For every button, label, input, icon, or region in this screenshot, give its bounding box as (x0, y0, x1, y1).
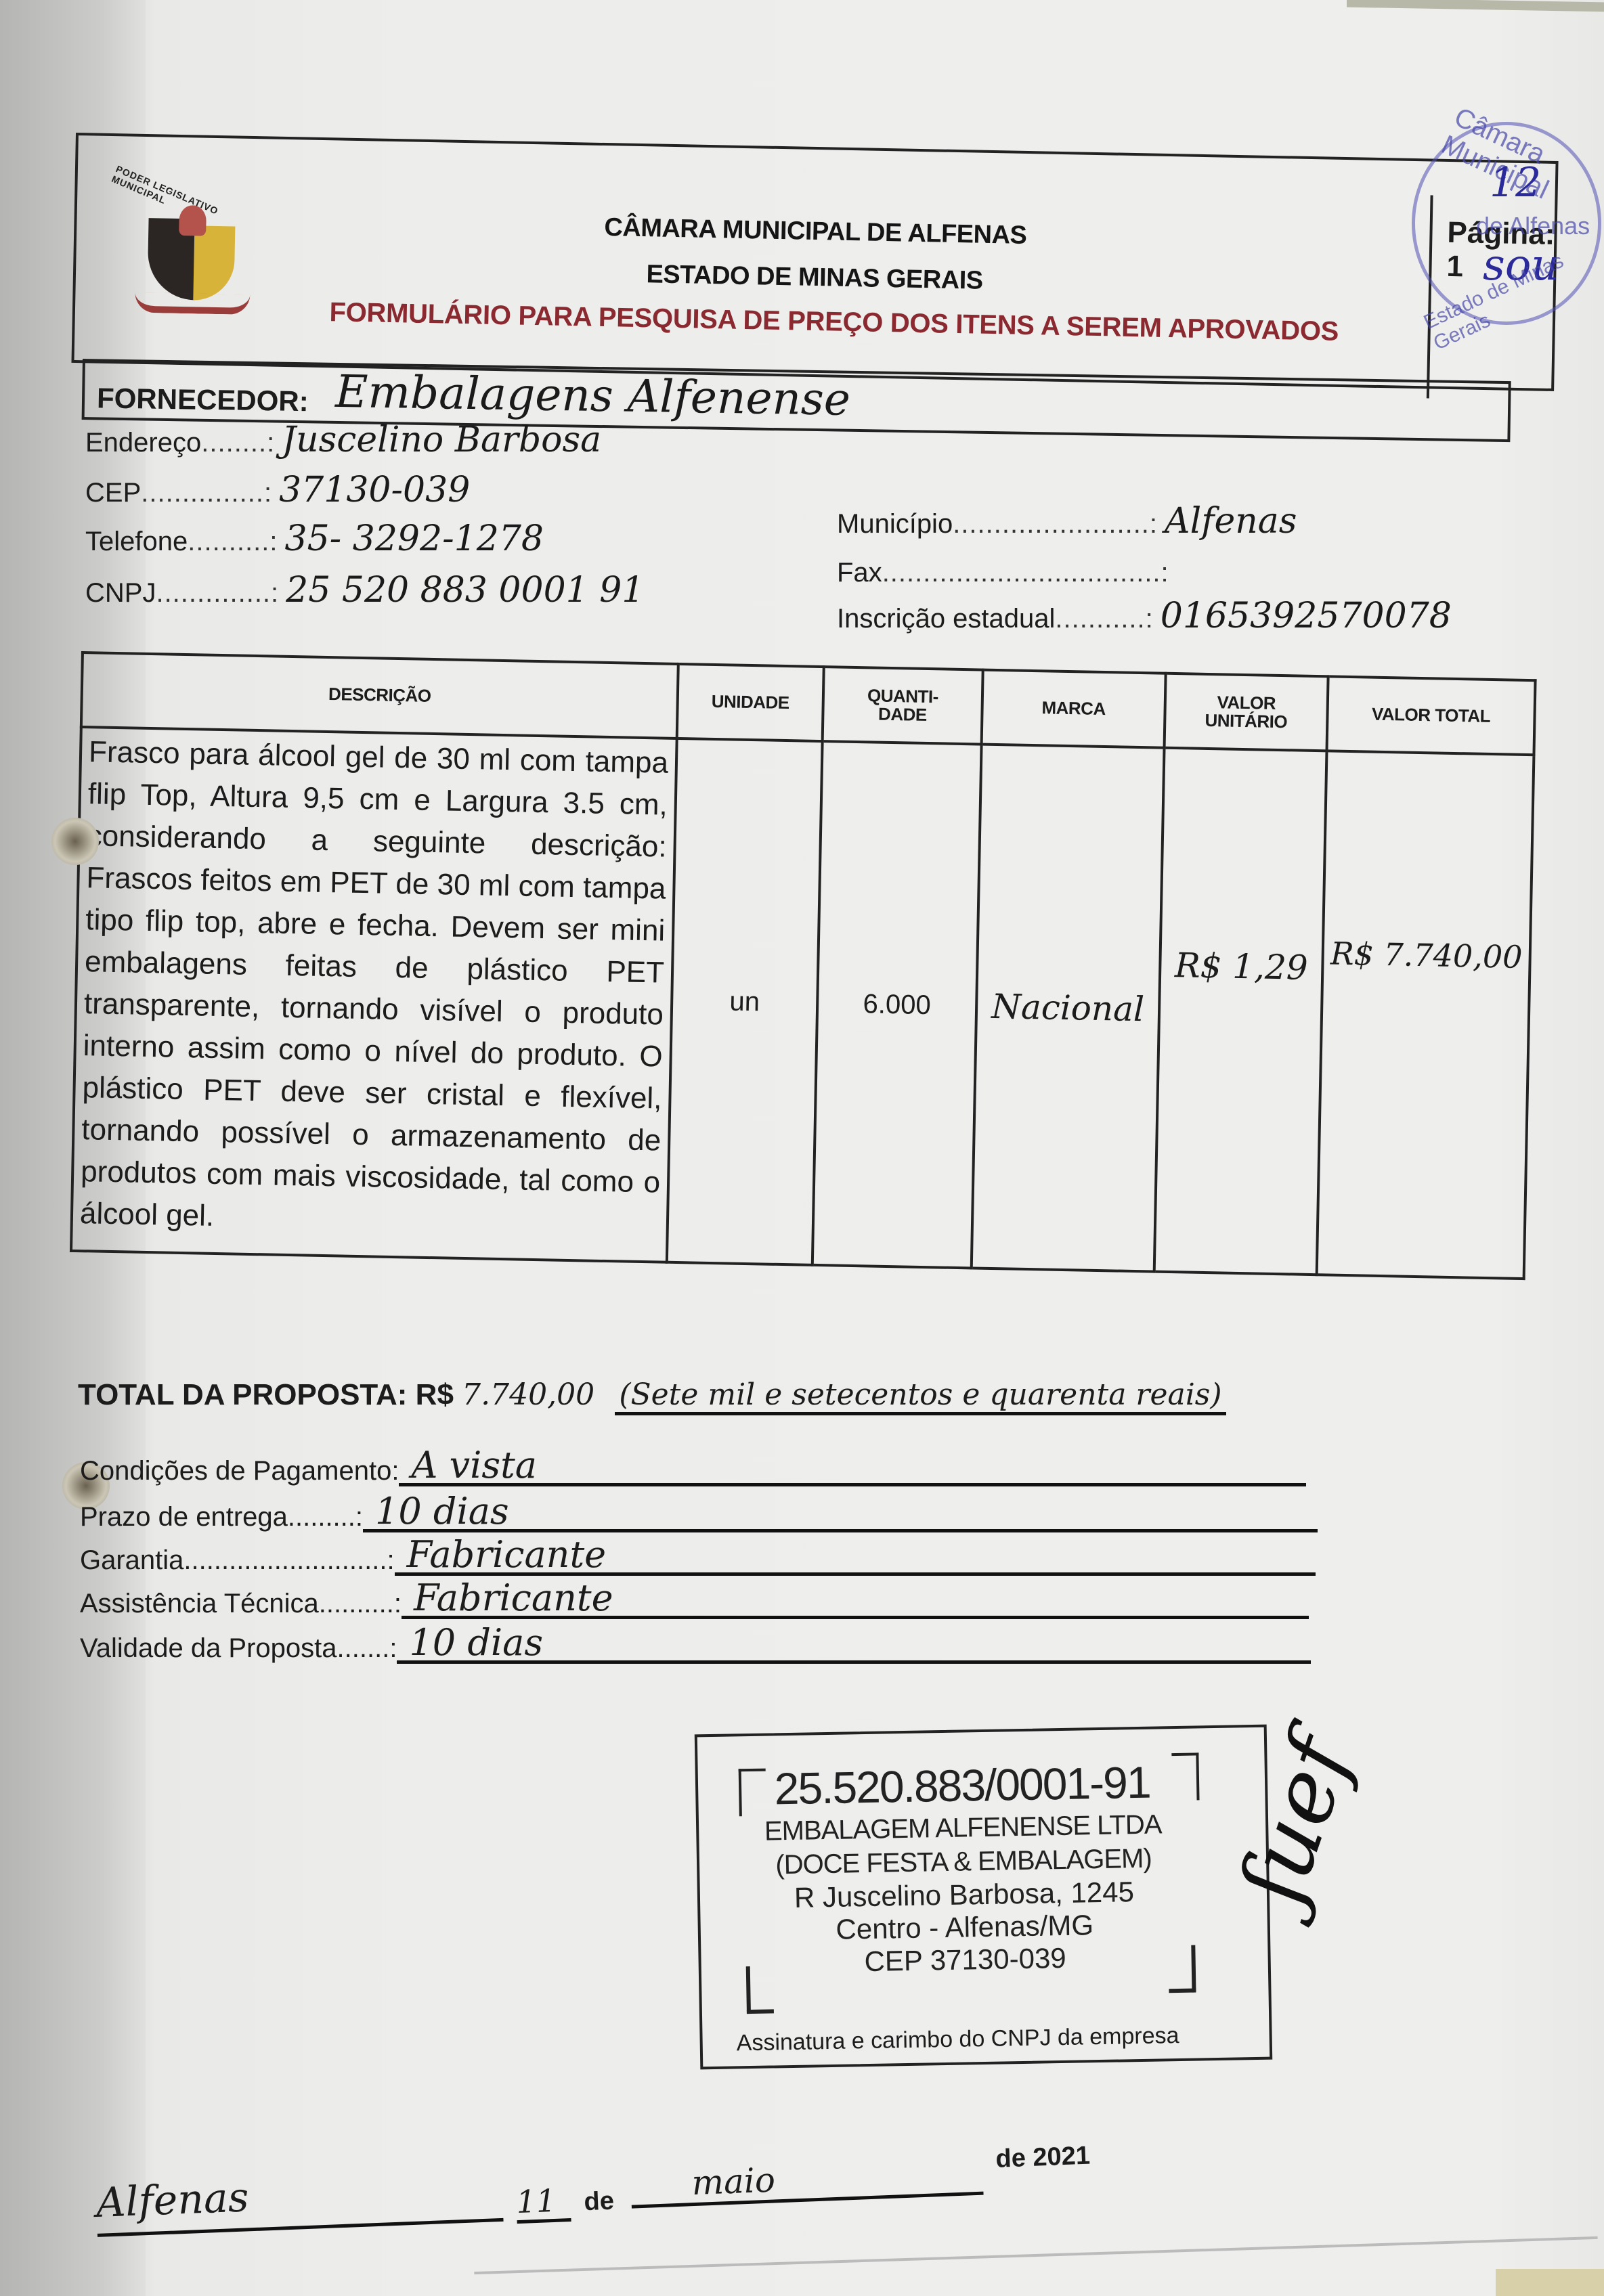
municipality-value[interactable]: Alfenas (1165, 501, 1297, 542)
warranty-field: Garantia...........................:Fabr… (80, 1538, 1316, 1576)
warranty-value[interactable]: Fabricante (395, 1538, 1316, 1576)
header-valor-unitario: VALOR UNITÁRIO (1165, 674, 1328, 751)
address-field: Endereço........:Juscelino Barbosa (85, 420, 601, 460)
date-month[interactable]: maio (630, 2152, 984, 2209)
table-row: Frasco para álcool gel de 30 ml com tamp… (71, 727, 1534, 1279)
stamp-cnpj: 25.520.883/0001-91 (752, 1756, 1173, 1815)
item-brand[interactable]: Nacional (972, 745, 1165, 1272)
total-amount[interactable]: 7.740,00 (462, 1377, 594, 1412)
signature-box: 25.520.883/0001-91 EMBALAGEM ALFENENSE L… (695, 1725, 1273, 2070)
item-description: Frasco para álcool gel de 30 ml com tamp… (71, 727, 677, 1262)
fax-field: Fax..................................: (837, 550, 1176, 590)
background-edge (1496, 2269, 1604, 2296)
technical-assistance-value[interactable]: Fabricante (402, 1581, 1309, 1619)
date-year: de 2021 (995, 2142, 1091, 2174)
date-day[interactable]: 11 (515, 2182, 571, 2224)
item-quantity: 6.000 (812, 741, 982, 1268)
header-marca: MARCA (982, 670, 1166, 748)
payment-terms-value[interactable]: A vista (399, 1449, 1306, 1486)
chamber-stamp: Câmara Municipal 12 de Alfenas sou Estad… (1412, 122, 1601, 325)
item-unit-price[interactable]: R$ 1,29 (1154, 748, 1327, 1275)
binder-hole (51, 818, 99, 865)
stamp-cep: CEP 37130-039 (755, 1940, 1175, 1980)
date-line: Alfenas 11 de maio de 2021 (95, 2127, 1113, 2260)
proposal-validity-field: Validade da Proposta.......:10 dias (80, 1626, 1311, 1664)
state-registration-value[interactable]: 0165392570078 (1161, 596, 1452, 636)
state-registration-field: Inscrição estadual...........:0165392570… (837, 596, 1452, 636)
total-label: TOTAL DA PROPOSTA: R$ (78, 1378, 454, 1411)
header-unidade: UNIDADE (677, 664, 824, 741)
header-descricao: DESCRIÇÃO (81, 653, 678, 738)
page-edge-line (474, 2236, 1597, 2276)
cnpj-field: CNPJ..............:25 520 883 0001 91 (85, 570, 644, 611)
supplier-name[interactable]: Embalagens Alfenense (335, 366, 851, 426)
technical-assistance-field: Assistência Técnica..........:Fabricante (80, 1581, 1309, 1619)
document-page: PODER LEGISLATIVO MUNICIPAL CÂMARA MUNIC… (0, 0, 1604, 2296)
header-valor-total: VALOR TOTAL (1327, 676, 1536, 755)
supplier-label: FORNECEDOR: (97, 382, 309, 418)
background-edge (1347, 0, 1604, 12)
cnpj-value[interactable]: 25 520 883 0001 91 (286, 570, 644, 611)
phone-field: Telefone..........:35- 3292-1278 (85, 518, 544, 559)
signature-caption: Assinatura e carimbo do CNPJ da empresa (736, 2023, 1179, 2056)
delivery-time-value[interactable]: 10 dias (363, 1495, 1318, 1532)
items-table: DESCRIÇÃO UNIDADE QUANTI- DADE MARCA VAL… (70, 651, 1537, 1280)
institution-name: CÂMARA MUNICIPAL DE ALFENAS (77, 203, 1554, 261)
stamp-mid-text: de Alfenas (1476, 212, 1590, 240)
address-value[interactable]: Juscelino Barbosa (282, 420, 601, 460)
proposal-validity-value[interactable]: 10 dias (397, 1626, 1311, 1664)
date-city[interactable]: Alfenas (95, 2173, 250, 2227)
municipality-field: Município........................:Alfena… (837, 501, 1297, 542)
payment-terms-field: Condições de Pagamento:A vista (80, 1449, 1306, 1486)
header-quantidade: QUANTI- DADE (823, 667, 983, 744)
item-unit: un (667, 738, 823, 1265)
delivery-time-field: Prazo de entrega.........:10 dias (80, 1495, 1318, 1532)
cep-field: CEP...............:37130-039 (85, 470, 470, 510)
handwritten-signature[interactable]: ʃuef (1221, 1724, 1372, 1914)
cnpj-stamp: 25.520.883/0001-91 EMBALAGEM ALFENENSE L… (752, 1756, 1175, 1980)
total-in-words[interactable]: (Sete mil e setecentos e quarenta reais) (615, 1377, 1226, 1415)
phone-value[interactable]: 35- 3292-1278 (284, 518, 544, 559)
stamp-page-number: 12 (1490, 159, 1541, 206)
date-de: de (584, 2187, 615, 2217)
cep-value[interactable]: 37130-039 (279, 470, 470, 510)
proposal-total: TOTAL DA PROPOSTA: R$ 7.740,00 (Sete mil… (78, 1377, 1226, 1412)
header-box: PODER LEGISLATIVO MUNICIPAL CÂMARA MUNIC… (71, 133, 1558, 391)
item-total-price[interactable]: R$ 7.740,00 (1317, 751, 1534, 1279)
